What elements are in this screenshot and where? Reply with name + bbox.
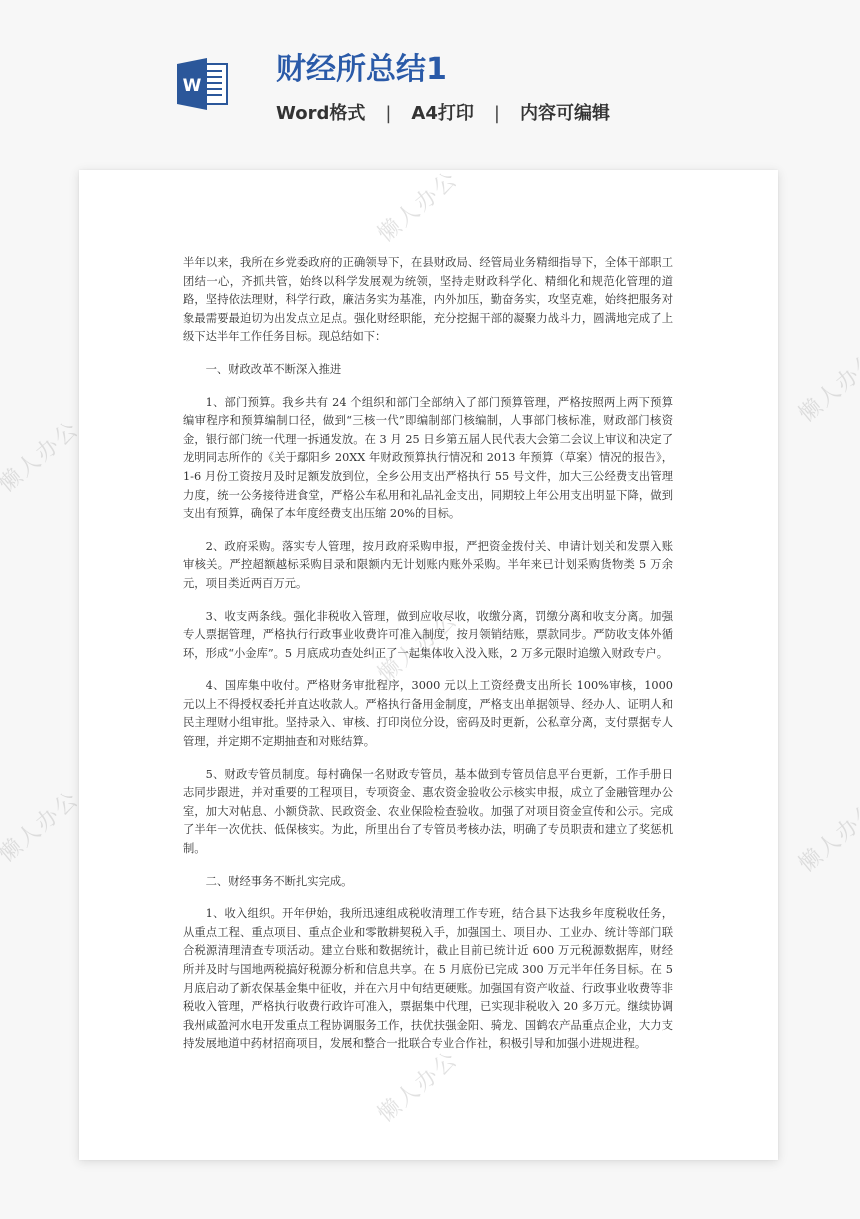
meta-separator: | (494, 100, 500, 128)
meta-print: A4打印 (411, 100, 473, 128)
header: W 财经所总结1 Word格式 | A4打印 | 内容可编辑 (0, 0, 860, 150)
paragraph-budget: 1、部门预算。我乡共有 24 个组织和部门全部纳入了部门预算管理，严格按照两上两… (183, 394, 673, 524)
meta-format: Word格式 (276, 100, 365, 128)
document-meta: Word格式 | A4打印 | 内容可编辑 (276, 100, 610, 128)
section-heading-2: 二、财经事务不断扎实完成。 (183, 873, 673, 892)
section-heading-1: 一、财政改革不断深入推进 (183, 361, 673, 380)
paragraph-procurement: 2、政府采购。落实专人管理，按月政府采购申报，严把资金拨付关、申请计划关和发票入… (183, 538, 673, 594)
watermark: 懒人办公 (0, 783, 85, 868)
document-page: 懒人办公 懒人办公 懒人办公 半年以来，我所在乡党委政府的正确领导下，在县财政局… (79, 170, 778, 1160)
paragraph-finance-officer: 5、财政专管员制度。每村确保一名财政专管员，基本做到专管员信息平台更新，工作手册… (183, 766, 673, 859)
watermark: 懒人办公 (791, 793, 860, 878)
watermark: 懒人办公 (791, 343, 860, 428)
paragraph-intro: 半年以来，我所在乡党委政府的正确领导下，在县财政局、经管局业务精细指导下，全体干… (183, 254, 673, 347)
document-body: 半年以来，我所在乡党委政府的正确领导下，在县财政局、经管局业务精细指导下，全体干… (183, 254, 673, 1068)
meta-editable: 内容可编辑 (520, 100, 610, 128)
meta-separator: | (385, 100, 391, 128)
svg-text:W: W (183, 76, 202, 96)
paragraph-income-organization: 1、收入组织。开年伊始，我所迅速组成税收清理工作专班，结合县下达我乡年度税收任务… (183, 905, 673, 1054)
watermark: 懒人办公 (0, 413, 85, 498)
word-document-icon: W (175, 58, 231, 110)
paragraph-revenue-expense: 3、收支两条线。强化非税收入管理，做到应收尽收，收缴分离，罚缴分离和收支分离。加… (183, 608, 673, 664)
document-title: 财经所总结1 (276, 50, 447, 90)
watermark: 懒人办公 (370, 170, 463, 248)
paragraph-treasury: 4、国库集中收付。严格财务审批程序，3000 元以上工资经费支出所长 100%审… (183, 677, 673, 751)
